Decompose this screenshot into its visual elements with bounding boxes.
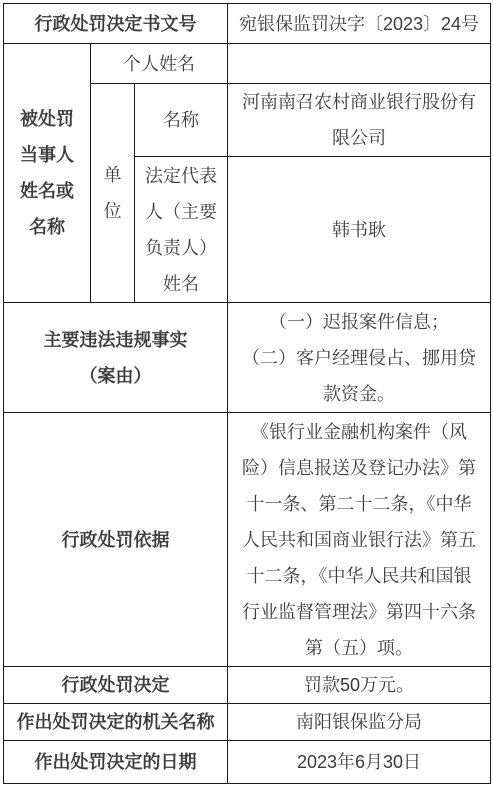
doc-no-value: 宛银保监罚决字〔2023〕24号 bbox=[228, 4, 491, 44]
legal-rep-label: 法定代表 人（主要 负责人） 姓名 bbox=[135, 157, 228, 303]
decision-value: 罚款50万元。 bbox=[228, 667, 491, 704]
table-row: 作出处罚决定的机关名称 南阳银保监分局 bbox=[4, 704, 491, 741]
basis-value: 《银行业金融机构案件（风险）信息报送及登记办法》第十一条、第二十二条，《中华人民… bbox=[228, 413, 491, 667]
table-row: 主要违法违规事实 （案由） （一）迟报案件信息； （二）客户经理侵占、挪用贷款资… bbox=[4, 303, 491, 413]
table-row: 被处罚 当事人 姓名或 名称 个人姓名 bbox=[4, 44, 491, 84]
basis-label: 行政处罚依据 bbox=[4, 413, 228, 667]
table-row: 行政处罚决定书文号 宛银保监罚决字〔2023〕24号 bbox=[4, 4, 491, 44]
org-unit-label: 单 位 bbox=[91, 84, 135, 303]
authority-label: 作出处罚决定的机关名称 bbox=[4, 704, 228, 741]
authority-value: 南阳银保监分局 bbox=[228, 704, 491, 741]
decision-label: 行政处罚决定 bbox=[4, 667, 228, 704]
org-name-value: 河南南召农村商业银行股份有限公司 bbox=[228, 84, 491, 157]
facts-value: （一）迟报案件信息； （二）客户经理侵占、挪用贷款资金。 bbox=[228, 303, 491, 413]
legal-rep-value: 韩书耿 bbox=[228, 157, 491, 303]
date-value: 2023年6月30日 bbox=[228, 741, 491, 784]
personal-name-label: 个人姓名 bbox=[91, 44, 228, 84]
penalty-decision-table: 行政处罚决定书文号 宛银保监罚决字〔2023〕24号 被处罚 当事人 姓名或 名… bbox=[3, 3, 491, 784]
date-label: 作出处罚决定的日期 bbox=[4, 741, 228, 784]
doc-no-label: 行政处罚决定书文号 bbox=[4, 4, 228, 44]
table-row: 行政处罚依据 《银行业金融机构案件（风险）信息报送及登记办法》第十一条、第二十二… bbox=[4, 413, 491, 667]
party-label: 被处罚 当事人 姓名或 名称 bbox=[4, 44, 91, 303]
org-name-label: 名称 bbox=[135, 84, 228, 157]
facts-label: 主要违法违规事实 （案由） bbox=[4, 303, 228, 413]
table-row: 作出处罚决定的日期 2023年6月30日 bbox=[4, 741, 491, 784]
personal-name-value bbox=[228, 44, 491, 84]
table-row: 行政处罚决定 罚款50万元。 bbox=[4, 667, 491, 704]
